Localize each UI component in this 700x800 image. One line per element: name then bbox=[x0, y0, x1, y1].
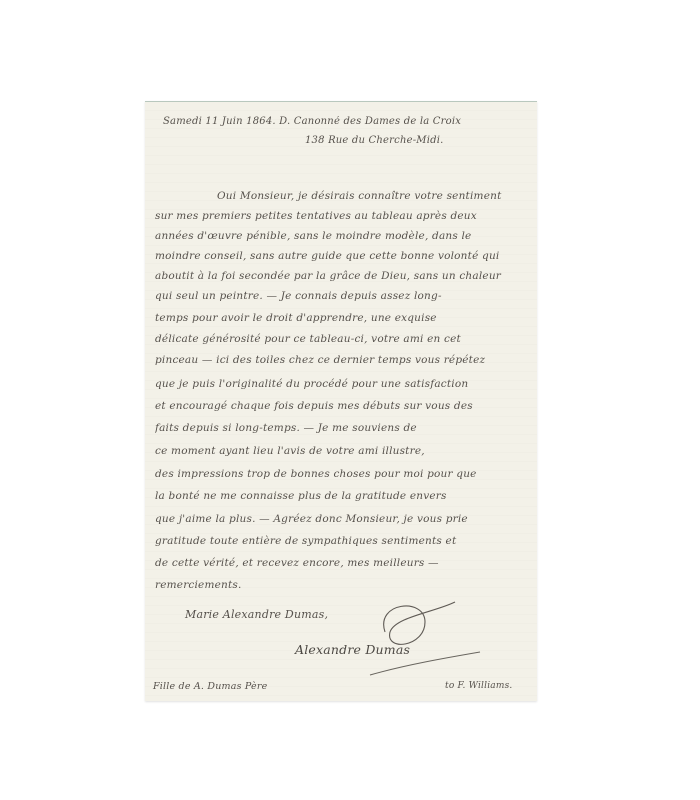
letter-closing: Marie Alexandre Dumas, bbox=[185, 608, 328, 621]
body-line: faits depuis si long-temps. — Je me souv… bbox=[155, 422, 525, 434]
body-line: délicate générosité pour ce tableau-ci, … bbox=[155, 333, 525, 345]
body-line: sur mes premiers petites tentatives au t… bbox=[155, 210, 525, 222]
body-line: années d'œuvre pénible, sans le moindre … bbox=[155, 230, 525, 242]
body-line: que je puis l'originalité du procédé pou… bbox=[155, 378, 525, 390]
signature-underline-icon bbox=[365, 650, 485, 680]
body-line: qui seul un peintre. — Je connais depuis… bbox=[155, 290, 525, 302]
body-line: pinceau — ici des toiles chez ce dernier… bbox=[155, 354, 525, 366]
body-line: des impressions trop de bonnes choses po… bbox=[155, 468, 525, 480]
letter-address-line: 138 Rue du Cherche-Midi. bbox=[305, 135, 444, 146]
letter-date-line: Samedi 11 Juin 1864. D. Canonné des Dame… bbox=[163, 116, 461, 127]
body-line: temps pour avoir le droit d'apprendre, u… bbox=[155, 312, 525, 324]
body-line: moindre conseil, sans autre guide que ce… bbox=[155, 250, 525, 262]
footer-attribution-right: to F. Williams. bbox=[445, 681, 512, 691]
body-line: Oui Monsieur, je désirais connaître votr… bbox=[217, 190, 527, 202]
body-line: ce moment ayant lieu l'avis de votre ami… bbox=[155, 445, 525, 457]
body-line: et encouragé chaque fois depuis mes débu… bbox=[155, 400, 525, 412]
body-line: gratitude toute entière de sympathiques … bbox=[155, 535, 525, 547]
letter-page: Samedi 11 Juin 1864. D. Canonné des Dame… bbox=[145, 101, 537, 701]
body-line: remerciements. bbox=[155, 579, 525, 591]
body-line: de cette vérité, et recevez encore, mes … bbox=[155, 557, 525, 569]
body-line: aboutit à la foi secondée par la grâce d… bbox=[155, 270, 525, 282]
footer-attribution-left: Fille de A. Dumas Père bbox=[153, 681, 267, 692]
body-line: que j'aime la plus. — Agréez donc Monsie… bbox=[155, 513, 525, 525]
body-line: la bonté ne me connaisse plus de la grat… bbox=[155, 490, 525, 502]
